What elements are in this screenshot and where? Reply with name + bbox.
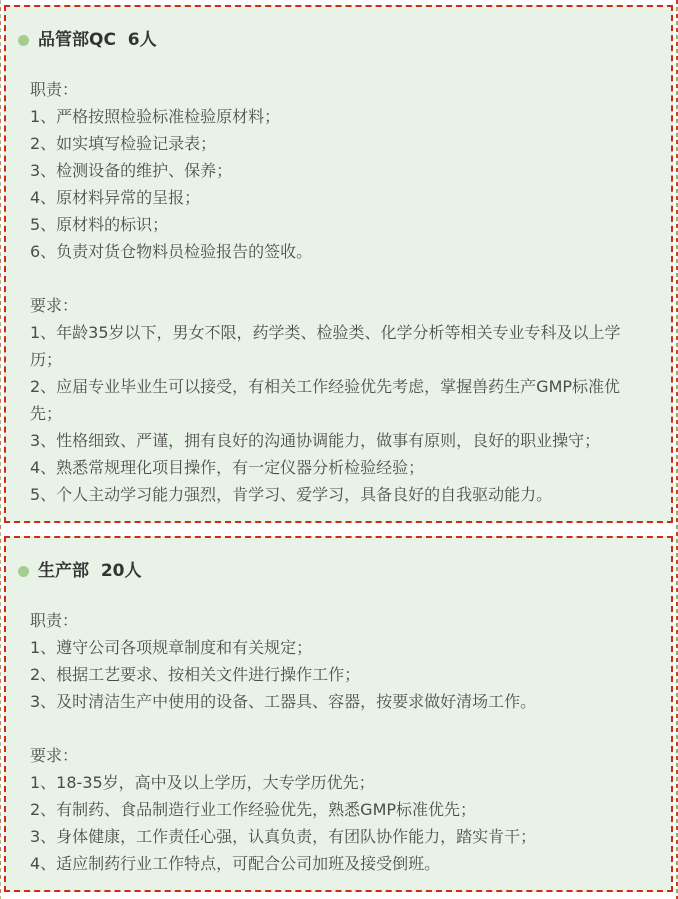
duty-item: 5、原材料的标识；	[30, 211, 641, 238]
duty-item: 4、原材料异常的呈报；	[30, 184, 641, 211]
bullet-icon	[18, 566, 29, 577]
duties-block: 职责： 1、遵守公司各项规章制度和有关规定； 2、根据工艺要求、按相关文件进行操…	[30, 607, 641, 715]
duty-item: 2、如实填写检验记录表；	[30, 130, 641, 157]
job-section-qc: 品管部QC 6人 职责： 1、严格按照检验标准检验原材料； 2、如实填写检验记录…	[4, 5, 673, 523]
duty-item: 1、严格按照检验标准检验原材料；	[30, 103, 641, 130]
duties-block: 职责： 1、严格按照检验标准检验原材料； 2、如实填写检验记录表； 3、检测设备…	[30, 76, 641, 265]
requirements-label: 要求：	[30, 742, 641, 769]
duty-item: 6、负责对货仓物料员检验报告的签收。	[30, 238, 641, 265]
duties-label: 职责：	[30, 607, 641, 634]
job-title: 品管部QC 6人	[38, 27, 157, 54]
requirement-item: 4、适应制药行业工作特点，可配合公司加班及接受倒班。	[30, 850, 641, 877]
job-listing-page: 品管部QC 6人 职责： 1、严格按照检验标准检验原材料； 2、如实填写检验记录…	[0, 0, 678, 892]
duty-item: 3、检测设备的维护、保养；	[30, 157, 641, 184]
requirement-item: 3、性格细致、严谨，拥有良好的沟通协调能力，做事有原则，良好的职业操守；	[30, 427, 641, 454]
requirement-item: 3、身体健康，工作责任心强，认真负责，有团队协作能力，踏实肯干；	[30, 823, 641, 850]
requirements-label: 要求：	[30, 292, 641, 319]
requirement-item: 4、熟悉常规理化项目操作，有一定仪器分析检验经验；	[30, 454, 641, 481]
requirement-item: 2、应届专业毕业生可以接受，有相关工作经验优先考虑，掌握兽药生产GMP标准优先；	[30, 373, 641, 427]
bullet-icon	[18, 35, 29, 46]
job-section-header: 品管部QC 6人	[18, 27, 641, 54]
job-section-header: 生产部 20人	[18, 558, 641, 585]
requirement-item: 2、有制药、食品制造行业工作经验优先，熟悉GMP标准优先；	[30, 796, 641, 823]
requirements-block: 要求： 1、18-35岁，高中及以上学历，大专学历优先； 2、有制药、食品制造行…	[30, 742, 641, 877]
job-section-production: 生产部 20人 职责： 1、遵守公司各项规章制度和有关规定； 2、根据工艺要求、…	[4, 536, 673, 892]
duties-label: 职责：	[30, 76, 641, 103]
requirements-block: 要求： 1、年龄35岁以下，男女不限，药学类、检验类、化学分析等相关专业专科及以…	[30, 292, 641, 508]
duty-item: 3、及时清洁生产中使用的设备、工器具、容器，按要求做好清场工作。	[30, 688, 641, 715]
duty-item: 2、根据工艺要求、按相关文件进行操作工作；	[30, 661, 641, 688]
requirement-item: 5、个人主动学习能力强烈，肯学习、爱学习，具备良好的自我驱动能力。	[30, 481, 641, 508]
job-title: 生产部 20人	[38, 558, 142, 585]
requirement-item: 1、年龄35岁以下，男女不限，药学类、检验类、化学分析等相关专业专科及以上学历；	[30, 319, 641, 373]
duty-item: 1、遵守公司各项规章制度和有关规定；	[30, 634, 641, 661]
requirement-item: 1、18-35岁，高中及以上学历，大专学历优先；	[30, 769, 641, 796]
